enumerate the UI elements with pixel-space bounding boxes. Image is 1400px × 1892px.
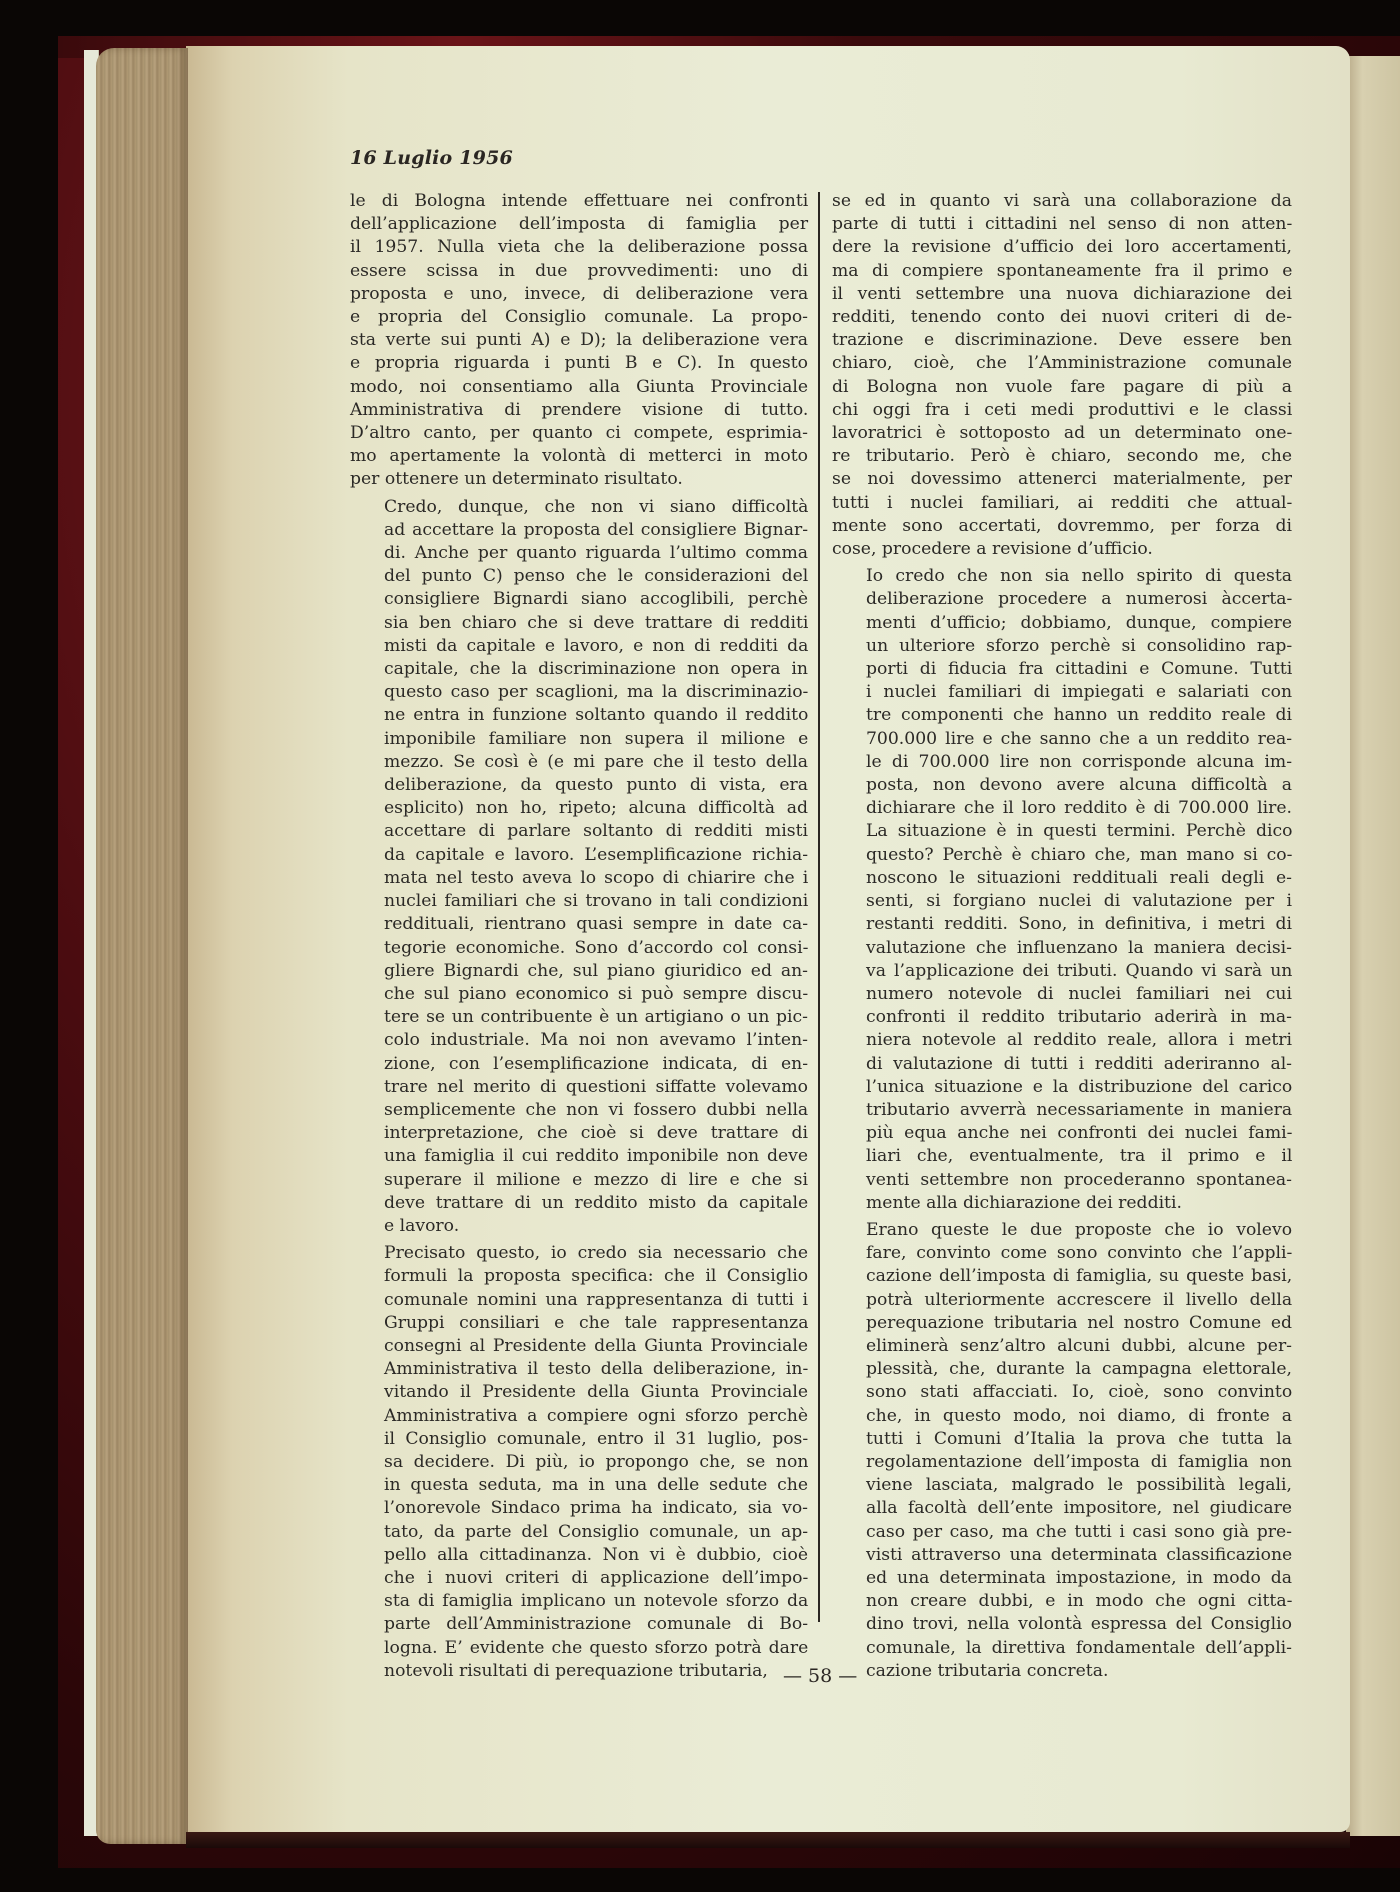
text-line: accettare di parlare soltanto di redditi…	[350, 820, 808, 843]
text-line: cose, procedere a revisione d’ufficio.	[832, 538, 1292, 561]
text-line: menti d’ufficio; dobbiamo, dunque, compi…	[832, 612, 1292, 635]
text-line: redditi, tenendo conto dei nuovi criteri…	[832, 306, 1292, 329]
text-line: venti settembre non procederanno spontan…	[832, 1169, 1292, 1192]
text-line: chiaro, cioè, che l’Amministrazione comu…	[832, 352, 1292, 375]
text-line: superare il milione e mezzo di lire e ch…	[350, 1169, 808, 1192]
text-line: mezzo. Se così è (e mi pare che il testo…	[350, 751, 808, 774]
text-line: ad accettare la proposta del consigliere…	[350, 519, 808, 542]
text-line: logna. E’ evidente che questo sforzo pot…	[350, 1637, 808, 1660]
page-number: — 58 —	[783, 1665, 857, 1687]
text-line: e propria del Consiglio comunale. La pro…	[350, 306, 808, 329]
text-line: di Bologna non vuole fare pagare di più …	[832, 376, 1292, 399]
text-line: dichiarare che il loro reddito è di 700.…	[832, 797, 1292, 820]
text-line: dino trovi, nella volontà espressa del C…	[832, 1613, 1292, 1636]
text-line: dell’applicazione dell’imposta di famigl…	[350, 213, 808, 236]
text-line: deve trattare di un reddito misto da cap…	[350, 1192, 808, 1215]
text-line: le di 700.000 lire non corrisponde alcun…	[832, 751, 1292, 774]
text-line: consegni al Presidente della Giunta Prov…	[350, 1335, 808, 1358]
text-line: ed una determinata impostazione, in modo…	[832, 1567, 1292, 1590]
text-line: comunale nomini una rappresentanza di tu…	[350, 1289, 808, 1312]
text-line: in questa seduta, ma in una delle sedute…	[350, 1474, 808, 1497]
text-line: un ulteriore sforzo perchè si consolidin…	[832, 635, 1292, 658]
text-line: colo industriale. Ma noi non avevamo l’i…	[350, 1029, 808, 1052]
text-line: questo caso per scaglioni, ma la discrim…	[350, 681, 808, 704]
text-line: Gruppi consiliari e che tale rappresenta…	[350, 1312, 808, 1335]
text-line: comunale, la direttiva fondamentale dell…	[832, 1637, 1292, 1660]
text-line: trare nel merito di questioni siffatte v…	[350, 1076, 808, 1099]
text-line: le di Bologna intende effettuare nei con…	[350, 190, 808, 213]
text-line: sta verte sui punti A) e D); la delibera…	[350, 329, 808, 352]
text-line: reddituali, rientrano quasi sempre in da…	[350, 913, 808, 936]
text-line: caso per caso, ma che tutti i casi sono …	[832, 1521, 1292, 1544]
text-line: viene lasciata, malgrado le possibilità …	[832, 1474, 1292, 1497]
text-line: sta di famiglia implicano un notevole sf…	[350, 1590, 808, 1613]
running-head-date: 16 Luglio 1956	[350, 147, 513, 169]
paragraph: se ed in quanto vi sarà una collaborazio…	[832, 190, 1292, 561]
text-line: tutti i Comuni d’Italia la prova che tut…	[832, 1428, 1292, 1451]
text-line: e propria riguarda i punti B e C). In qu…	[350, 352, 808, 375]
text-line: nuclei familiari che si trovano in tali …	[350, 890, 808, 913]
paragraph: Credo, dunque, che non vi siano difficol…	[350, 496, 808, 1239]
text-line: sa decidere. Di più, io propongo che, se…	[350, 1451, 808, 1474]
text-line: porti di fiducia fra cittadini e Comune.…	[832, 658, 1292, 681]
text-line: trazione e discriminazione. Deve essere …	[832, 329, 1292, 352]
right-text-column: se ed in quanto vi sarà una collaborazio…	[832, 190, 1292, 1683]
text-line: non creare dubbi, e in modo che ogni cit…	[832, 1590, 1292, 1613]
text-line: tere se un contribuente è un artigiano o…	[350, 1006, 808, 1029]
text-line: più equa anche nei confronti dei nuclei …	[832, 1122, 1292, 1145]
text-line: posta, non devono avere alcuna difficolt…	[832, 774, 1292, 797]
text-line: che i nuovi criteri di applicazione dell…	[350, 1567, 808, 1590]
text-line: eliminerà senz’altro alcuni dubbi, alcun…	[832, 1335, 1292, 1358]
text-line: il venti settembre una nuova dichiarazio…	[832, 283, 1292, 306]
text-line: sono stati affacciati. Io, cioè, sono co…	[832, 1381, 1292, 1404]
text-line: Credo, dunque, che non vi siano difficol…	[350, 496, 808, 519]
text-line: una famiglia il cui reddito imponibile n…	[350, 1145, 808, 1168]
text-line: consigliere Bignardi siano accoglibili, …	[350, 588, 808, 611]
text-line: noscono le situazioni reddituali reali d…	[832, 867, 1292, 890]
text-line: potrà ulteriormente accrescere il livell…	[832, 1289, 1292, 1312]
text-line: Amministrativa il testo della deliberazi…	[350, 1358, 808, 1381]
text-line: imponibile familiare non supera il milio…	[350, 728, 808, 751]
text-line: mente sono accertati, dovremmo, per forz…	[832, 515, 1292, 538]
paragraph: Precisato questo, io credo sia necessari…	[350, 1242, 808, 1683]
paragraph: Io credo che non sia nello spirito di qu…	[832, 565, 1292, 1215]
text-line: tutti i nuclei familiari, ai redditi che…	[832, 492, 1292, 515]
text-line: lavoratrici è sottoposto ad un determina…	[832, 422, 1292, 445]
text-line: gliere Bignardi che, sul piano giuridico…	[350, 960, 808, 983]
text-line: Amministrativa a compiere ogni sforzo pe…	[350, 1405, 808, 1428]
text-line: 700.000 lire e che sanno che a un reddit…	[832, 728, 1292, 751]
text-line: cazione dell’imposta di famiglia, su que…	[832, 1265, 1292, 1288]
text-line: per ottenere un determinato risultato.	[350, 468, 808, 491]
text-line: fare, convinto come sono convinto che l’…	[832, 1242, 1292, 1265]
text-line: Precisato questo, io credo sia necessari…	[350, 1242, 808, 1265]
text-line: tato, da parte del Consiglio comunale, u…	[350, 1521, 808, 1544]
text-line: Erano queste le due proposte che io vole…	[832, 1219, 1292, 1242]
text-line: cazione tributaria concreta.	[832, 1660, 1292, 1683]
text-line: esplicito) non ho, ripeto; alcuna diffic…	[350, 797, 808, 820]
text-line: re tributario. Però è chiaro, secondo me…	[832, 445, 1292, 468]
text-line: capitale, che la discriminazione non ope…	[350, 658, 808, 681]
text-line: deliberazione procedere a numerosi àccer…	[832, 588, 1292, 611]
text-line: dere la revisione d’ufficio dei loro acc…	[832, 236, 1292, 259]
text-line: del punto C) penso che le considerazioni…	[350, 565, 808, 588]
text-line: l’unica situazione e la distribuzione de…	[832, 1076, 1292, 1099]
text-line: deliberazione, da questo punto di vista,…	[350, 774, 808, 797]
text-line: formuli la proposta specifica: che il Co…	[350, 1265, 808, 1288]
text-line: pello alla cittadinanza. Non vi è dubbio…	[350, 1544, 808, 1567]
text-line: parte di tutti i cittadini nel senso di …	[832, 213, 1292, 236]
text-line: proposta e uno, invece, di deliberazione…	[350, 283, 808, 306]
text-line: l’onorevole Sindaco prima ha indicato, s…	[350, 1497, 808, 1520]
text-line: chi oggi fra i ceti medi produttivi e le…	[832, 399, 1292, 422]
text-line: se noi dovessimo attenerci materialmente…	[832, 468, 1292, 491]
text-line: notevoli risultati di perequazione tribu…	[350, 1660, 808, 1683]
text-line: interpretazione, che cioè si deve tratta…	[350, 1122, 808, 1145]
text-line: di valutazione di tutti i redditi aderir…	[832, 1053, 1292, 1076]
text-line: parte dell’Amministrazione comunale di B…	[350, 1613, 808, 1636]
text-line: confronti il reddito tributario aderirà …	[832, 1006, 1292, 1029]
page-stack-edge	[96, 48, 188, 1844]
facing-page-edge	[1346, 56, 1400, 1836]
text-line: che, in questo modo, noi diamo, di front…	[832, 1405, 1292, 1428]
text-line: tre componenti che hanno un reddito real…	[832, 704, 1292, 727]
column-divider-rule	[818, 192, 820, 1622]
text-line: perequazione tributaria nel nostro Comun…	[832, 1312, 1292, 1335]
text-line: valutazione che influenzano la maniera d…	[832, 937, 1292, 960]
text-line: ne entra in funzione soltanto quando il …	[350, 704, 808, 727]
text-line: il Consiglio comunale, entro il 31 lugli…	[350, 1428, 808, 1451]
text-line: misti da capitale e lavoro, e non di red…	[350, 635, 808, 658]
text-line: da capitale e lavoro. L’esemplificazione…	[350, 844, 808, 867]
text-line: essere scissa in due provvedimenti: uno …	[350, 260, 808, 283]
text-line: mata nel testo aveva lo scopo di chiarir…	[350, 867, 808, 890]
text-line: D’altro canto, per quanto ci compete, es…	[350, 422, 808, 445]
text-line: sia ben chiaro che si deve trattare di r…	[350, 612, 808, 635]
paragraph: le di Bologna intende effettuare nei con…	[350, 190, 808, 492]
text-line: va l’applicazione dei tributi. Quando vi…	[832, 960, 1292, 983]
text-line: Io credo che non sia nello spirito di qu…	[832, 565, 1292, 588]
text-line: restanti redditi. Sono, in definitiva, i…	[832, 913, 1292, 936]
text-line: ma di compiere spontaneamente fra il pri…	[832, 260, 1292, 283]
text-line: alla facoltà dell’ente impositore, nel g…	[832, 1497, 1292, 1520]
text-line: i nuclei familiari di impiegati e salari…	[832, 681, 1292, 704]
text-line: zione, con l’esemplificazione indicata, …	[350, 1053, 808, 1076]
text-line: visti attraverso una determinata classif…	[832, 1544, 1292, 1567]
text-line: La situazione è in questi termini. Perch…	[832, 820, 1292, 843]
text-line: liari che, eventualmente, tra il primo e…	[832, 1145, 1292, 1168]
text-line: semplicemente che non vi fossero dubbi n…	[350, 1099, 808, 1122]
text-line: regolamentazione dell’imposta di famigli…	[832, 1451, 1292, 1474]
paragraph: Erano queste le due proposte che io vole…	[832, 1219, 1292, 1683]
text-line: il 1957. Nulla vieta che la deliberazion…	[350, 236, 808, 259]
text-line: senti, si forgiano nuclei di valutazione…	[832, 890, 1292, 913]
text-line: e lavoro.	[350, 1215, 808, 1238]
text-line: questo? Perchè è chiaro che, man mano si…	[832, 844, 1292, 867]
text-line: numero notevole di nuclei familiari nei …	[832, 983, 1292, 1006]
text-line: modo, noi consentiamo alla Giunta Provin…	[350, 376, 808, 399]
left-text-column: le di Bologna intende effettuare nei con…	[350, 190, 808, 1683]
text-line: vitando il Presidente della Giunta Provi…	[350, 1381, 808, 1404]
text-line: di. Anche per quanto riguarda l’ultimo c…	[350, 542, 808, 565]
text-line: mo apertamente la volontà di metterci in…	[350, 445, 808, 468]
text-line: se ed in quanto vi sarà una collaborazio…	[832, 190, 1292, 213]
text-line: Amministrativa di prendere visione di tu…	[350, 399, 808, 422]
text-line: mente alla dichiarazione dei redditi.	[832, 1192, 1292, 1215]
text-line: tributario avverrà necessariamente in ma…	[832, 1099, 1292, 1122]
text-line: che sul piano economico si può sempre di…	[350, 983, 808, 1006]
text-line: niera notevole al reddito reale, allora …	[832, 1029, 1292, 1052]
text-line: tegorie economiche. Sono d’accordo col c…	[350, 937, 808, 960]
page-bottom-shadow	[186, 1832, 1350, 1848]
text-line: plessità, che, durante la campagna elett…	[832, 1358, 1292, 1381]
